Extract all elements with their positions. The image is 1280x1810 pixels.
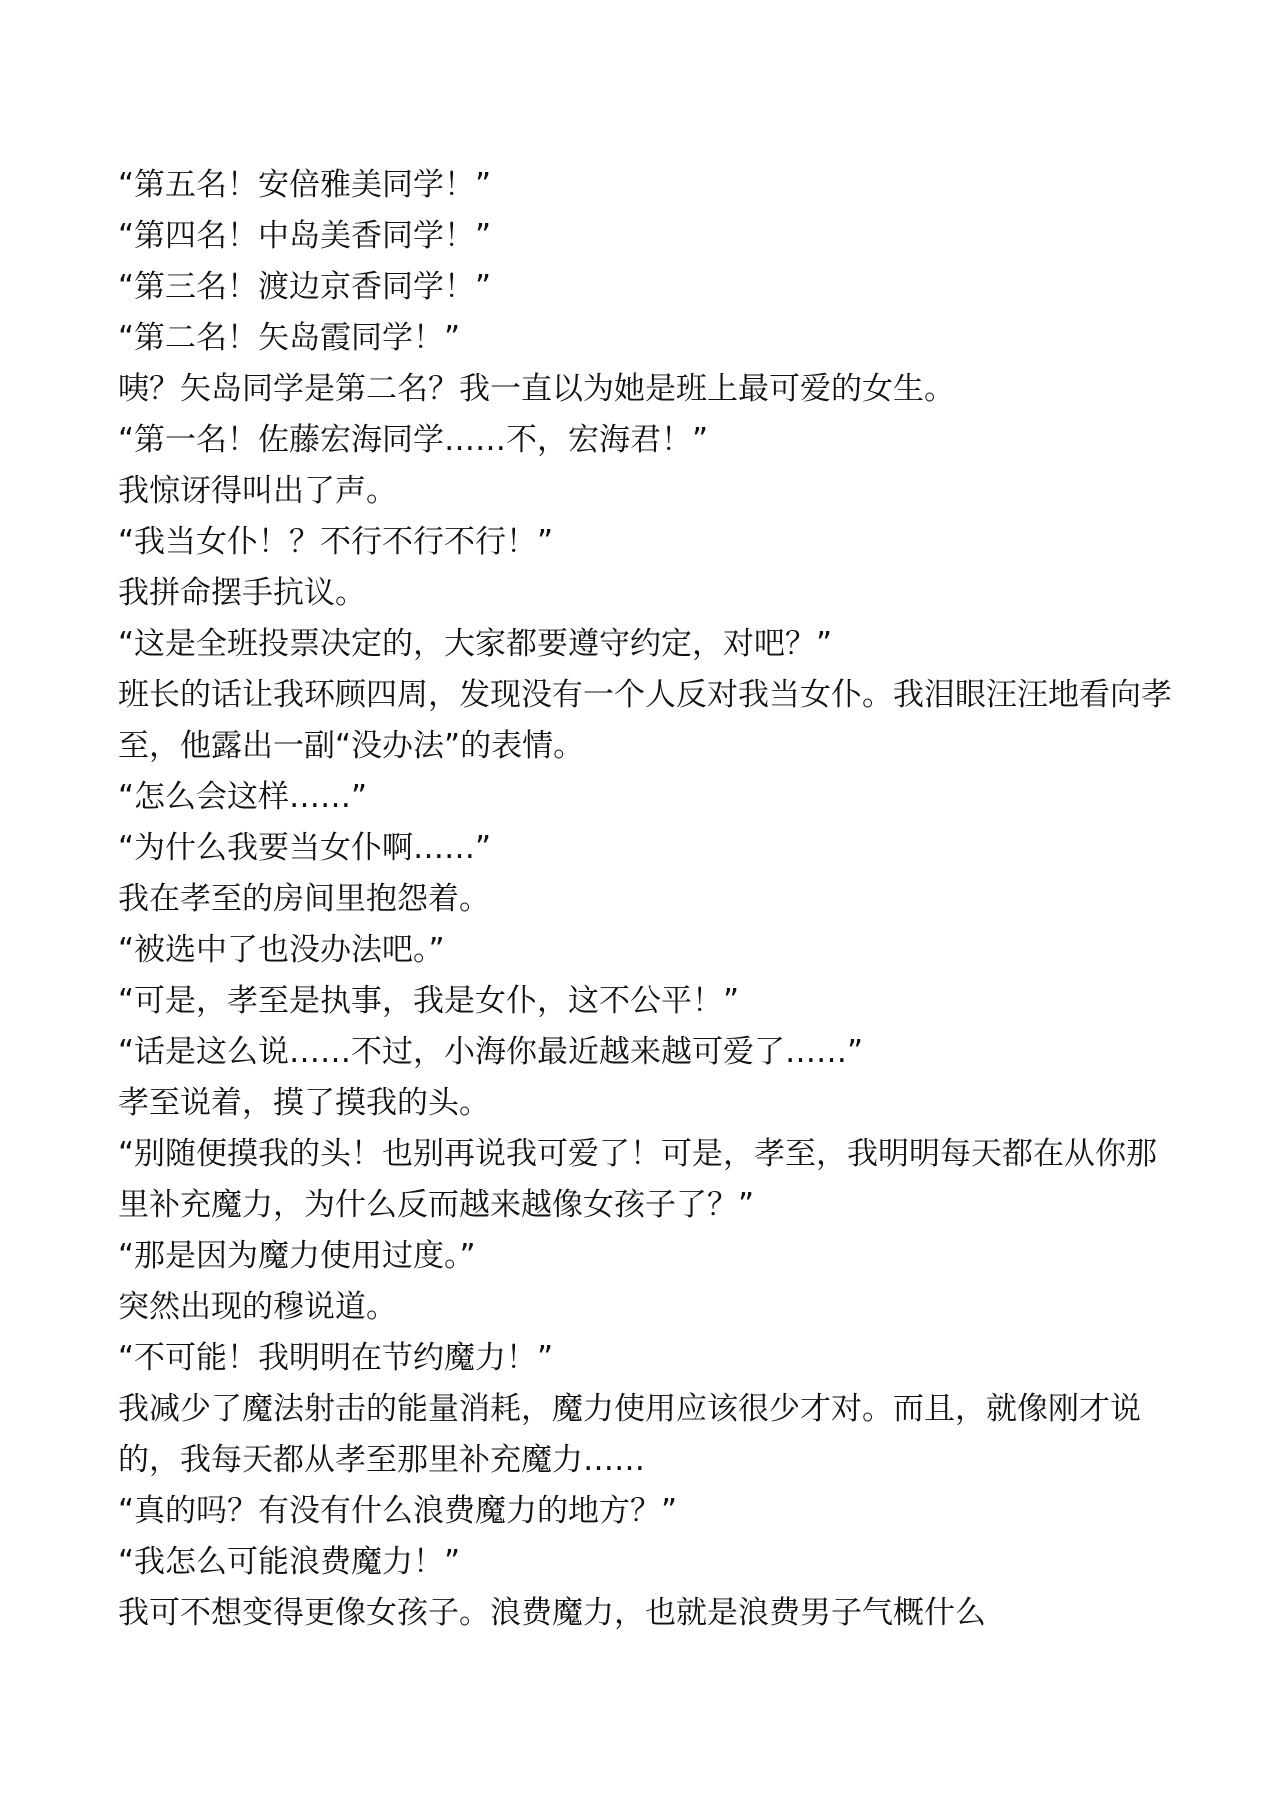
narration-line: 我惊讶得叫出了声。 — [118, 466, 1178, 517]
dialogue-line: “我怎么可能浪费魔力！” — [118, 1537, 1178, 1588]
dialogue-line: “那是因为魔力使用过度。” — [118, 1231, 1178, 1282]
dialogue-line: “第五名！安倍雅美同学！” — [118, 160, 1178, 211]
dialogue-line: “怎么会这样……” — [118, 772, 1178, 823]
dialogue-line: “第二名！矢岛霞同学！” — [118, 313, 1178, 364]
narration-line: 我可不想变得更像女孩子。浪费魔力，也就是浪费男子气概什么 — [118, 1588, 1178, 1639]
dialogue-line: “可是，孝至是执事，我是女仆，这不公平！” — [118, 976, 1178, 1027]
narration-line: 咦？矢岛同学是第二名？我一直以为她是班上最可爱的女生。 — [118, 364, 1178, 415]
narration-line: 我减少了魔法射击的能量消耗，魔力使用应该很少才对。而且，就像刚才说的，我每天都从… — [118, 1384, 1178, 1486]
narration-line: 孝至说着，摸了摸我的头。 — [118, 1078, 1178, 1129]
dialogue-line: “第四名！中岛美香同学！” — [118, 211, 1178, 262]
narration-line: 突然出现的穆说道。 — [118, 1282, 1178, 1333]
dialogue-line: “被选中了也没办法吧。” — [118, 925, 1178, 976]
narration-line: 我在孝至的房间里抱怨着。 — [118, 874, 1178, 925]
narration-line: 班长的话让我环顾四周，发现没有一个人反对我当女仆。我泪眼汪汪地看向孝至，他露出一… — [118, 670, 1178, 772]
dialogue-line: “我当女仆！？不行不行不行！” — [118, 517, 1178, 568]
dialogue-line: “别随便摸我的头！也别再说我可爱了！可是，孝至，我明明每天都在从你那里补充魔力，… — [118, 1129, 1178, 1231]
dialogue-line: “第一名！佐藤宏海同学……不，宏海君！” — [118, 415, 1178, 466]
document-page: “第五名！安倍雅美同学！” “第四名！中岛美香同学！” “第三名！渡边京香同学！… — [118, 160, 1178, 1639]
narration-line: 我拼命摆手抗议。 — [118, 568, 1178, 619]
dialogue-line: “这是全班投票决定的，大家都要遵守约定，对吧？” — [118, 619, 1178, 670]
dialogue-line: “真的吗？有没有什么浪费魔力的地方？” — [118, 1486, 1178, 1537]
dialogue-line: “不可能！我明明在节约魔力！” — [118, 1333, 1178, 1384]
dialogue-line: “第三名！渡边京香同学！” — [118, 262, 1178, 313]
dialogue-line: “为什么我要当女仆啊……” — [118, 823, 1178, 874]
dialogue-line: “话是这么说……不过，小海你最近越来越可爱了……” — [118, 1027, 1178, 1078]
